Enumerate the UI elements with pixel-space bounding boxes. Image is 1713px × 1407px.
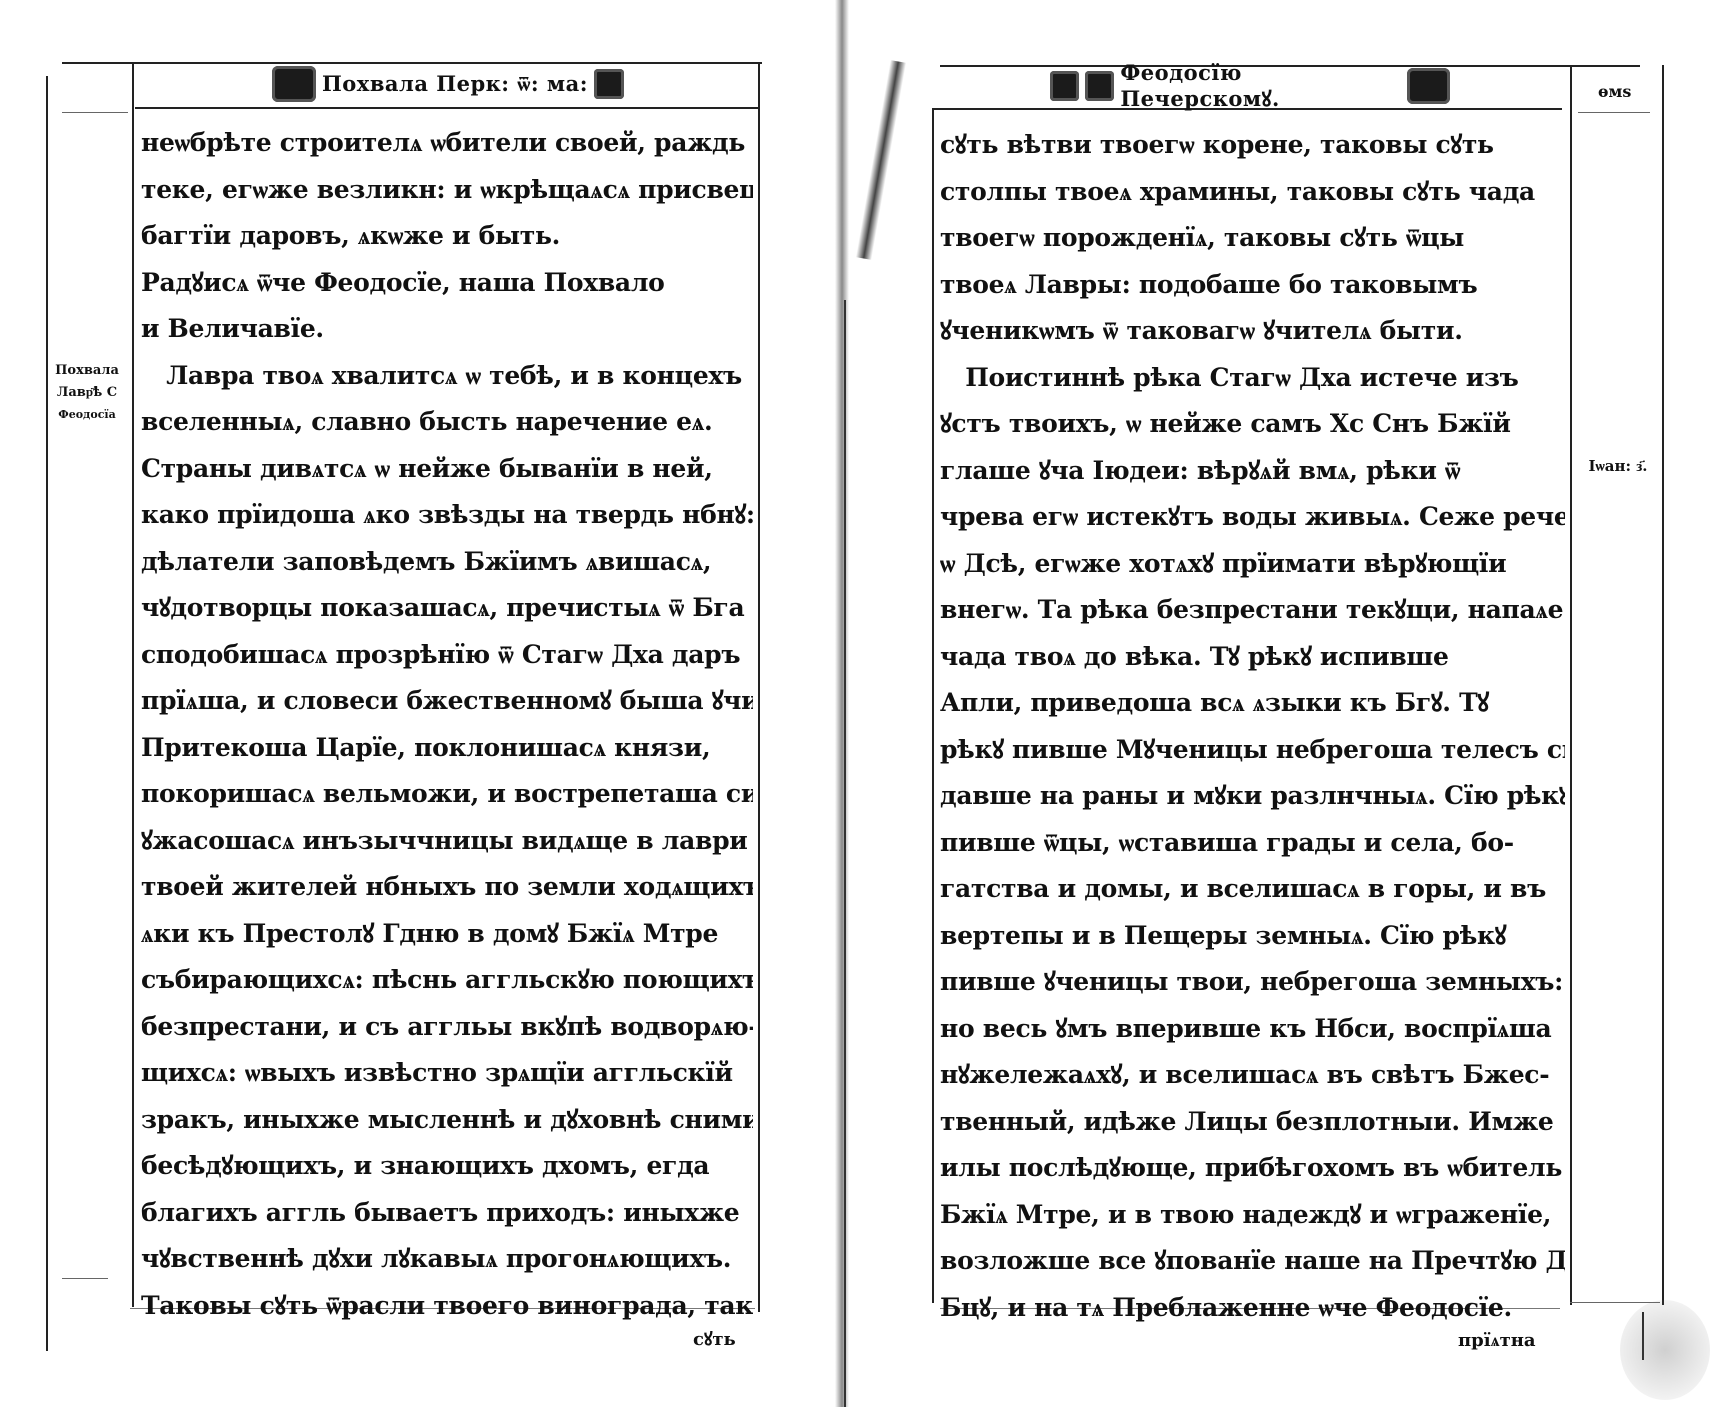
- header-ornament-icon: [1050, 71, 1079, 101]
- text-line: твоегѡ порожденїѧ, таковы сꙋть ѿцы: [940, 215, 1565, 262]
- text-line: Бжїѧ Мтре, и в твою надеждꙋ и ѡграженїе,: [940, 1192, 1565, 1239]
- text-line: вселенныѧ, славно бысть наречение еѧ.: [141, 399, 753, 446]
- right-catchword: прїѧтна: [1458, 1330, 1536, 1351]
- header-ornament-icon: [594, 69, 624, 99]
- text-line: ꙋжасошасѧ инъзыччницы видѧще в лаври: [141, 818, 753, 865]
- text-line: вертепы и в Пещеры земныѧ. Сїю рѣкꙋ: [940, 913, 1565, 960]
- text-line: Поистиннѣ рѣка Стагѡ Дха истече изъ: [940, 355, 1565, 402]
- text-line: илы послѣдꙋюще, прибѣгохомъ въ ѡбитель: [940, 1145, 1565, 1192]
- text-line: ꙋстъ твоихъ, ѡ нейже самъ Хс Снъ Бжїй: [940, 401, 1565, 448]
- text-line: возложше все ꙋпованїе наше на Пречтꙋю Дв…: [940, 1238, 1565, 1285]
- text-line: глаше ꙋча Іюдеи: вѣрꙋѧй вмѧ, рѣки ѿ: [940, 448, 1565, 495]
- text-line: покоришасѧ вельможи, и вострепеташа силь…: [141, 771, 753, 818]
- text-line: и Величавїе.: [141, 306, 753, 353]
- text-line: чада твоѧ до вѣка. Тꙋ рѣкꙋ испивше: [940, 634, 1565, 681]
- right-folio-rule: [1578, 112, 1650, 113]
- folio-number: ѳмѕ: [1598, 82, 1631, 101]
- text-line: Притекоша Царїе, поклонишасѧ князи,: [141, 725, 753, 772]
- text-line: Бцꙋ, и на тѧ Преблаженне ѡче Феодосїе.: [940, 1285, 1565, 1332]
- text-line: Страны дивѧтсѧ ѡ нейже быванїи в ней,: [141, 446, 753, 493]
- scan-smudge: [1620, 1300, 1710, 1400]
- text-line: давше на раны и мꙋки разлнчныѧ. Сїю рѣкꙋ: [940, 773, 1565, 820]
- text-line: рѣкꙋ пивше Мꙋченицы небрегоша телесъ сво…: [940, 727, 1565, 774]
- text-line: пивше ꙋченицы твои, небрегоша земныхъ:: [940, 959, 1565, 1006]
- text-line: чꙋвственнѣ дꙋхи лꙋкавыѧ прогонѧющихъ.: [141, 1236, 753, 1283]
- text-line: твоей жителей нбныхъ по земли ходѧщихъ: [141, 864, 753, 911]
- header-ornament-icon: [272, 66, 316, 102]
- text-line: твенный, идѣже Лицы безплотныи. Имже: [940, 1099, 1565, 1146]
- right-outer-vertical: [1662, 65, 1664, 1305]
- text-line: твоеѧ Лавры: подобаше бо таковымъ: [940, 262, 1565, 309]
- left-body-text: неѡбрѣте строителѧ ѡбители своей, раждь …: [141, 120, 753, 1329]
- right-text-right-vertical: [1570, 65, 1572, 1305]
- text-line: пивше ѿцы, ѡставиша грады и села, бо-: [940, 820, 1565, 867]
- left-header-text: Похвала Пеpк: ѿ: ма:: [322, 71, 588, 97]
- text-line: внегѡ. Та рѣка безпрестани текꙋщи, напаѧ…: [940, 587, 1565, 634]
- text-line: како прїидоша ѧко звѣзды на твердь нбнꙋ:: [141, 492, 753, 539]
- text-line: бесѣдꙋющихъ, и знающихъ дхомъ, егда: [141, 1143, 753, 1190]
- left-inner-vertical: [758, 62, 760, 1312]
- text-line: гатства и домы, и вселишасѧ в горы, и въ: [940, 866, 1565, 913]
- text-line: столпы твоеѧ храмины, таковы сꙋть чада: [940, 169, 1565, 216]
- right-running-header: Феодосїю Печерскомꙋ.: [1050, 64, 1450, 108]
- text-line: неѡбрѣте строителѧ ѡбители своей, раждь: [141, 120, 753, 167]
- text-line: Апли, приведоша всѧ ѧзыки къ Бгꙋ. Тꙋ: [940, 680, 1565, 727]
- right-body-text: сꙋть вѣтви твоегѡ корене, таковы сꙋть ст…: [940, 122, 1565, 1331]
- text-line: Радꙋисѧ ѿче Феодосїе, наша Похвало: [141, 260, 753, 307]
- text-line: чꙋдотворцы показашасѧ, пречистыѧ ѿ Бга: [141, 585, 753, 632]
- text-line: прїѧша, и словеси бжественномꙋ быша ꙋчит…: [141, 678, 753, 725]
- text-line: зракъ, иныхже мысленнѣ и дꙋховнѣ сними: [141, 1097, 753, 1144]
- text-line: дѣлатели заповѣдемъ Бжїимъ ѧвишасѧ,: [141, 539, 753, 586]
- right-margin-note: Іѡан: з҃.: [1578, 455, 1658, 477]
- book-gutter: [835, 0, 935, 1407]
- right-margin-tick-bottom: [1570, 1302, 1660, 1303]
- text-line: нꙋжележаѧхꙋ, и вселишасѧ въ свѣтъ Бжес-: [940, 1052, 1565, 1099]
- text-line: Лавра твоѧ хвалитсѧ ѡ тебѣ, и в концехъ: [141, 353, 753, 400]
- left-outer-vertical: [46, 76, 48, 1351]
- text-line: ѡ Дсѣ, егѡже хотѧхꙋ прїимати вѣрꙋющїи: [940, 541, 1565, 588]
- text-line: чрева егѡ истекꙋтъ воды живыѧ. Сеже рече: [940, 494, 1565, 541]
- text-line: ꙋченикѡмъ ѿ таковагѡ ꙋчителѧ быти.: [940, 308, 1565, 355]
- text-line: сꙋть вѣтви твоегѡ корене, таковы сꙋть: [940, 122, 1565, 169]
- text-line: ѧки къ Престолꙋ Гдню в домꙋ Бжїѧ Мтре: [141, 911, 753, 958]
- text-line: теке, егѡже везликн: и ѡкрѣщаѧсѧ присвещ…: [141, 167, 753, 214]
- left-header-rule: [135, 107, 760, 109]
- right-header-text: Феодосїю Печерскомꙋ.: [1120, 60, 1401, 113]
- left-catchword: сꙋть: [693, 1327, 736, 1351]
- text-line: благихъ аггль бываетъ приходъ: иныхже: [141, 1190, 753, 1237]
- text-line: събирающихсѧ: пѣснь аггльскꙋю поющихъ: [141, 957, 753, 1004]
- text-line: безпрестани, и съ аггльы вкꙋпѣ водворѧю-: [141, 1004, 753, 1051]
- left-margin-note: Похвала Лавр҃ѣ С Феодосїа: [42, 360, 132, 426]
- text-line: Таковы сꙋть ѿрасли твоего винограда, так…: [141, 1283, 753, 1330]
- left-running-header: Похвала Пеpк: ѿ: ма:: [258, 62, 638, 106]
- header-ornament-icon: [1407, 68, 1450, 104]
- left-margin-tick: [62, 112, 128, 113]
- right-text-left-vertical: [932, 108, 934, 1303]
- text-line: багтїи даровъ, ѧкѡже и быть.: [141, 213, 753, 260]
- left-margin-tick-bottom: [62, 1278, 108, 1279]
- header-ornament-icon: [1085, 71, 1114, 101]
- text-line: сподобишасѧ прозрѣнїю ѿ Стагѡ Дха даръ: [141, 632, 753, 679]
- text-line: щихсѧ: ѡвыхъ извѣстно зрѧщїи аггльскїй: [141, 1050, 753, 1097]
- left-text-vertical: [132, 62, 134, 1307]
- text-line: но весь ꙋмъ вперивше къ Нбси, воспрїѧша: [940, 1006, 1565, 1053]
